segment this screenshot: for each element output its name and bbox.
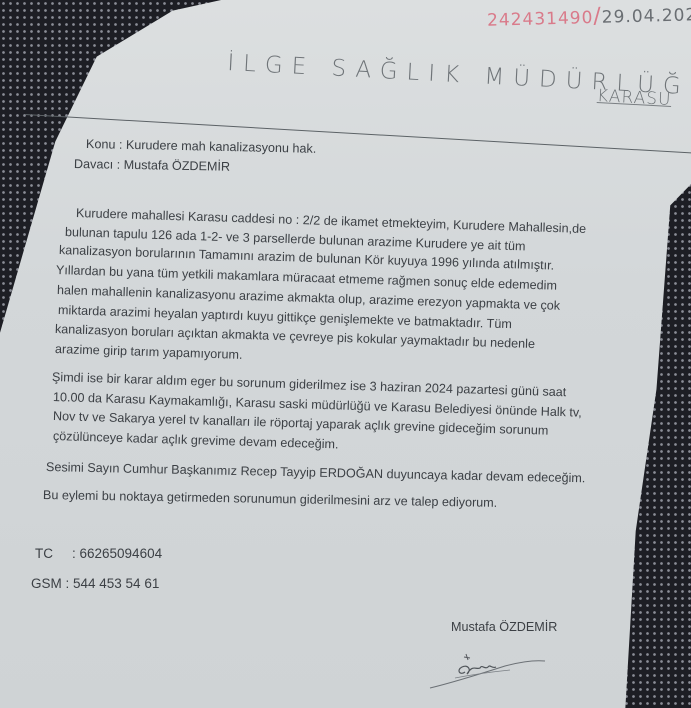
signature-name: Mustafa ÖZDEMİR [451,620,557,634]
tc-number: : 66265094604 [72,546,162,561]
handwritten-city: KARASU [597,86,672,110]
plaintiff-line: Davacı : Mustafa ÖZDEMİR [74,157,230,174]
tc-label: TC [35,546,53,561]
registry-date: 29.04.202 [602,5,691,27]
signature-scribble-icon [410,640,550,690]
registry-stamp: 242431490/29.04.202 [487,1,691,31]
registry-number: 242431490 [487,8,594,31]
gsm-number: GSM : 544 453 54 61 [31,576,159,591]
